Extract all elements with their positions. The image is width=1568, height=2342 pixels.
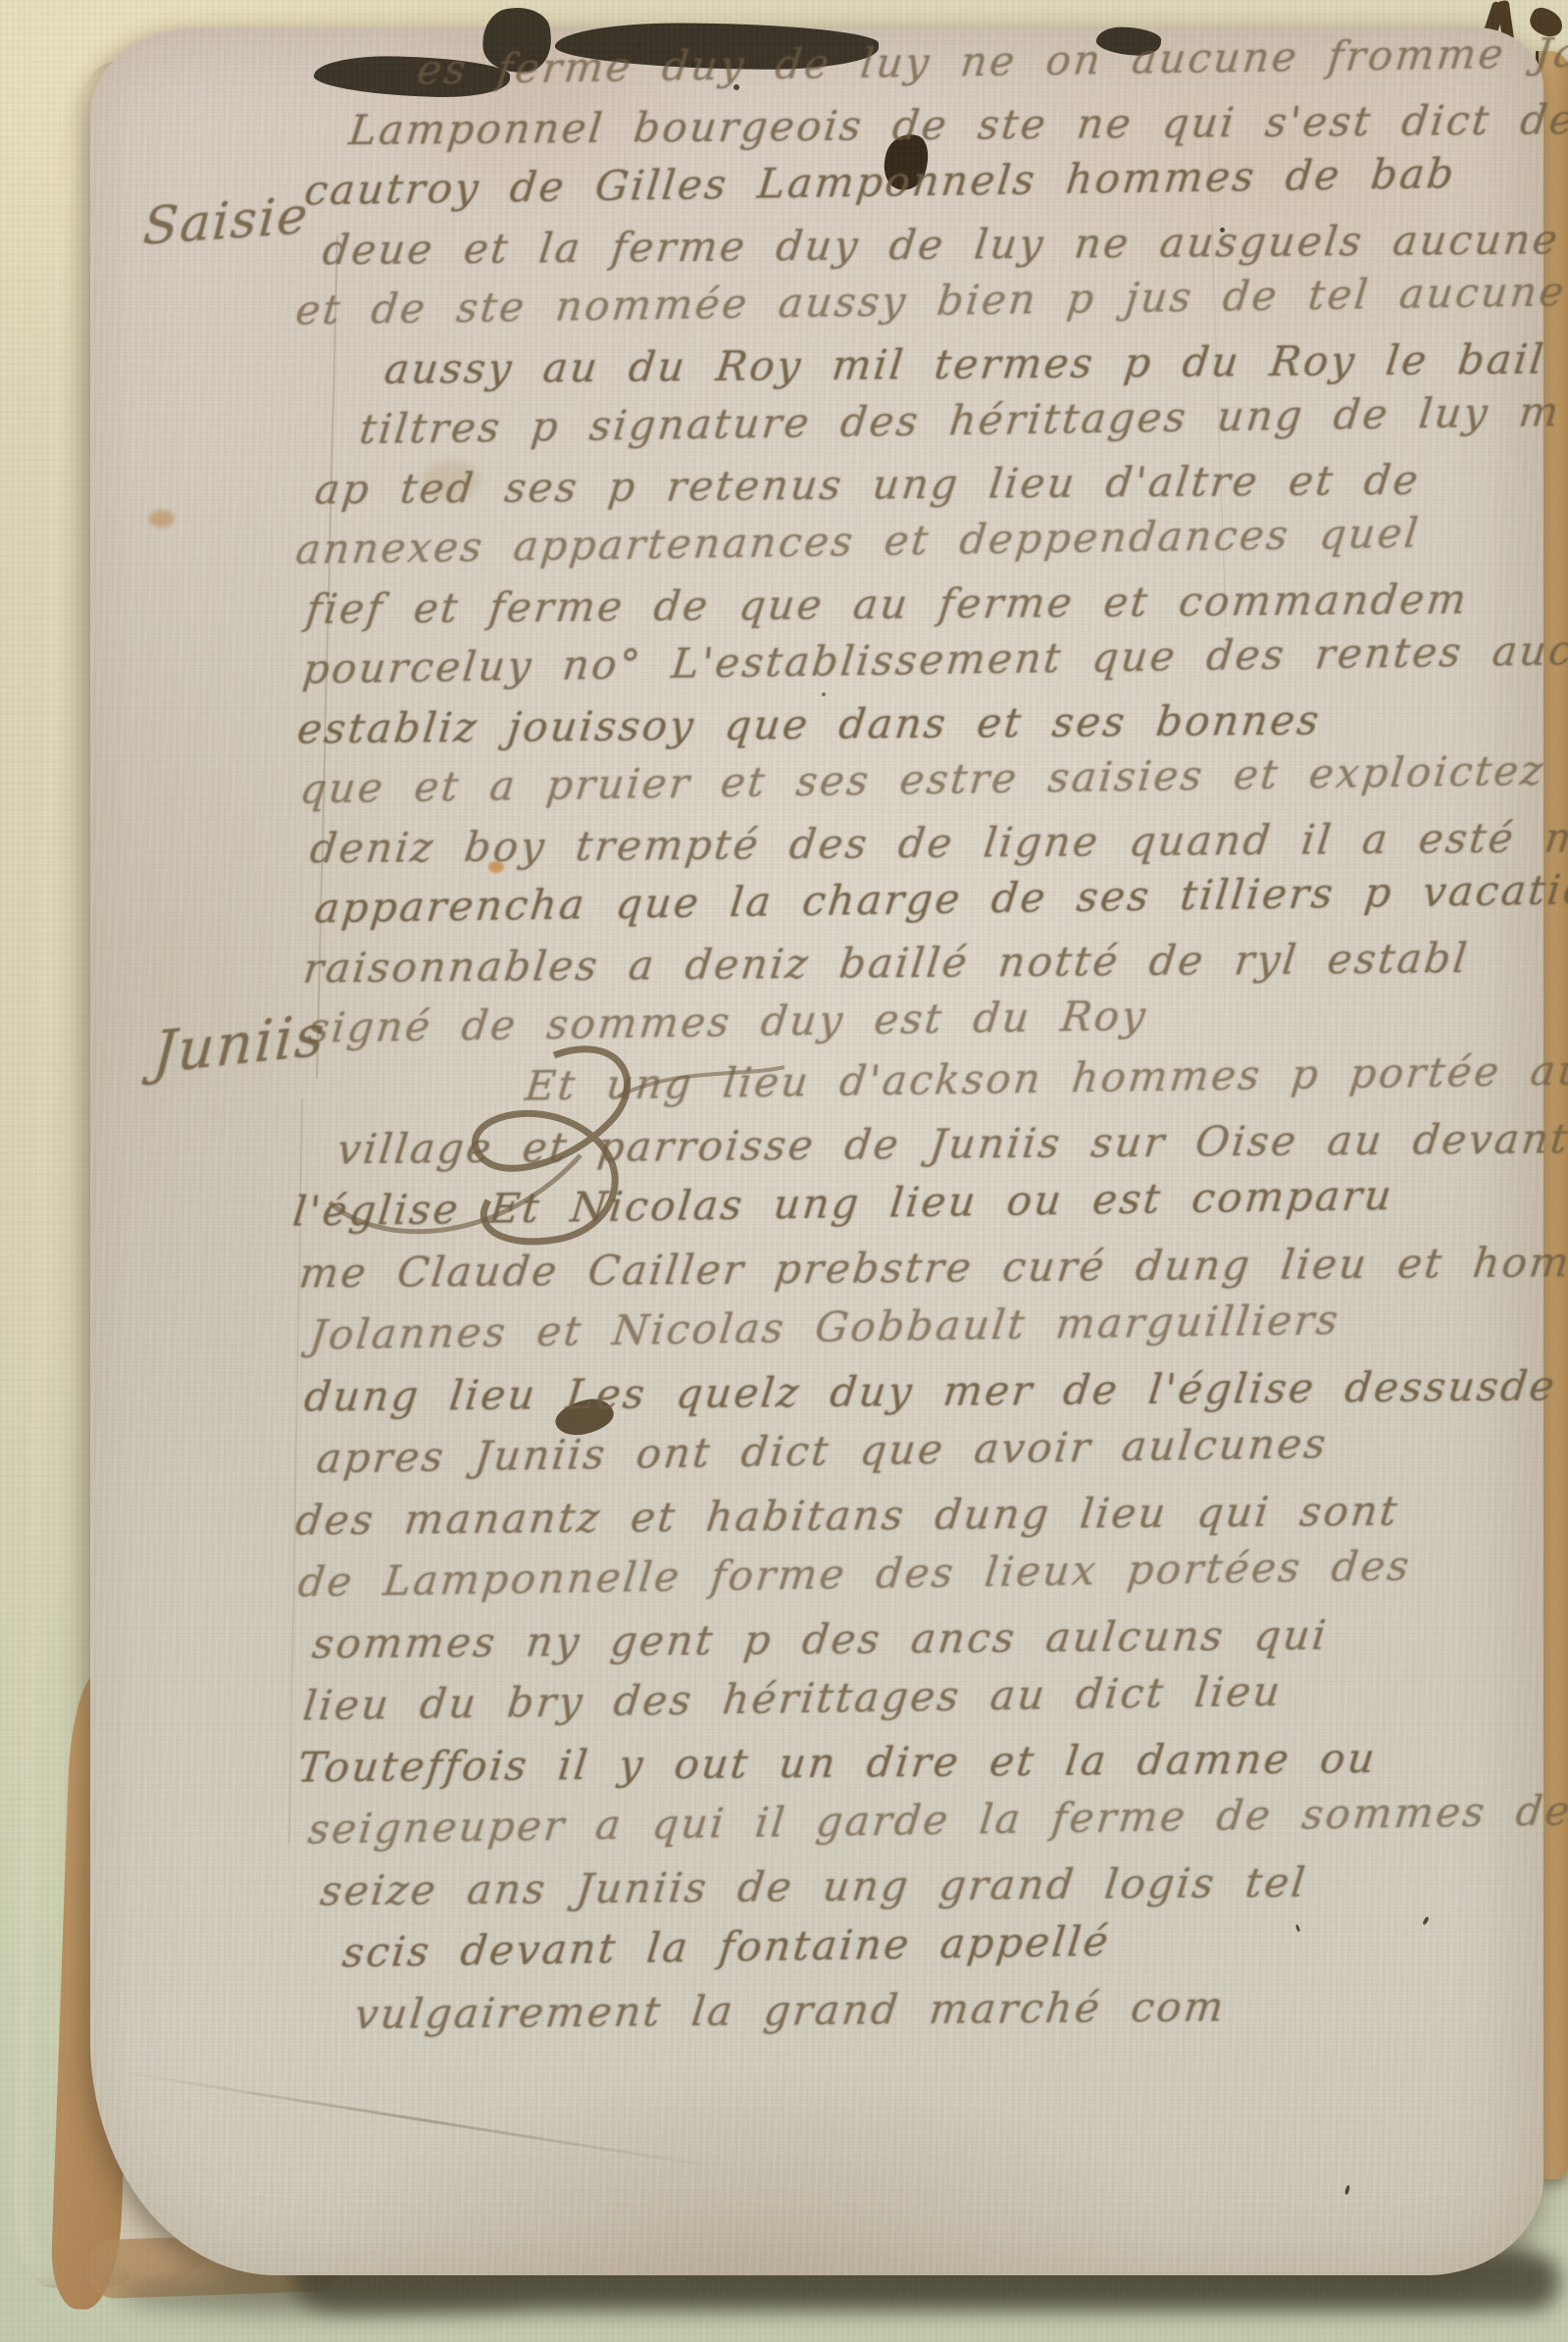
handwritten-line: vulgairement la grand marché com bbox=[352, 1972, 1530, 2044]
page-bottom-shadow bbox=[118, 2275, 530, 2315]
margin-note-saisie: Saisie bbox=[141, 186, 311, 257]
entry-juniis-text: Et ung lieu d'ackson hommes p portée au … bbox=[292, 1046, 1527, 2046]
entry-saisie-text: es ferme duy de luy ne on aucune fromme … bbox=[291, 30, 1526, 1058]
manuscript-photograph: Saisie Juniis es ferme duy de luy ne on … bbox=[0, 0, 1568, 2342]
